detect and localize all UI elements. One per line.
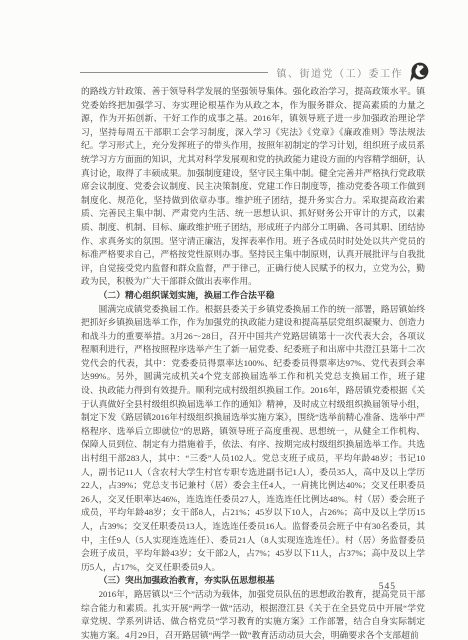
section-3-paragraph: 2016年，路居镇以“三个”活动为载体，加强党员队伍的思想政治教育，提高党员干部… — [81, 588, 425, 640]
section-heading-2: （二）精心组织谋划实施，换届工作合法平稳 — [81, 289, 425, 303]
header-rule-line — [80, 72, 268, 73]
section-heading-3: （三）突出加强政治教育，夯实队伍思想根基 — [81, 574, 425, 588]
paragraph-continuation: 的路线方针政策、善于领导科学发展的坚强领导集体。强化政治学习，提高政策水平。镇党… — [81, 85, 425, 289]
scanned-book-page: 镇、街道党（工）委工作 的路线方针政策、善于领导科学发展的坚强领导集体。强化政治… — [0, 0, 468, 640]
body-text-column: 的路线方针政策、善于领导科学发展的坚强领导集体。强化政治学习，提高政策水平。镇党… — [81, 85, 425, 640]
running-header: 镇、街道党（工）委工作 — [80, 59, 430, 85]
section-2-paragraph: 圆满完成镇党委换届工作。根据县委关于乡镇党委换届工作的统一部署，路居镇始终把抓好… — [81, 303, 425, 575]
running-header-title: 镇、街道党（工）委工作 — [277, 65, 404, 80]
page-number: 545 — [379, 582, 396, 592]
party-emblem-icon — [408, 61, 430, 83]
